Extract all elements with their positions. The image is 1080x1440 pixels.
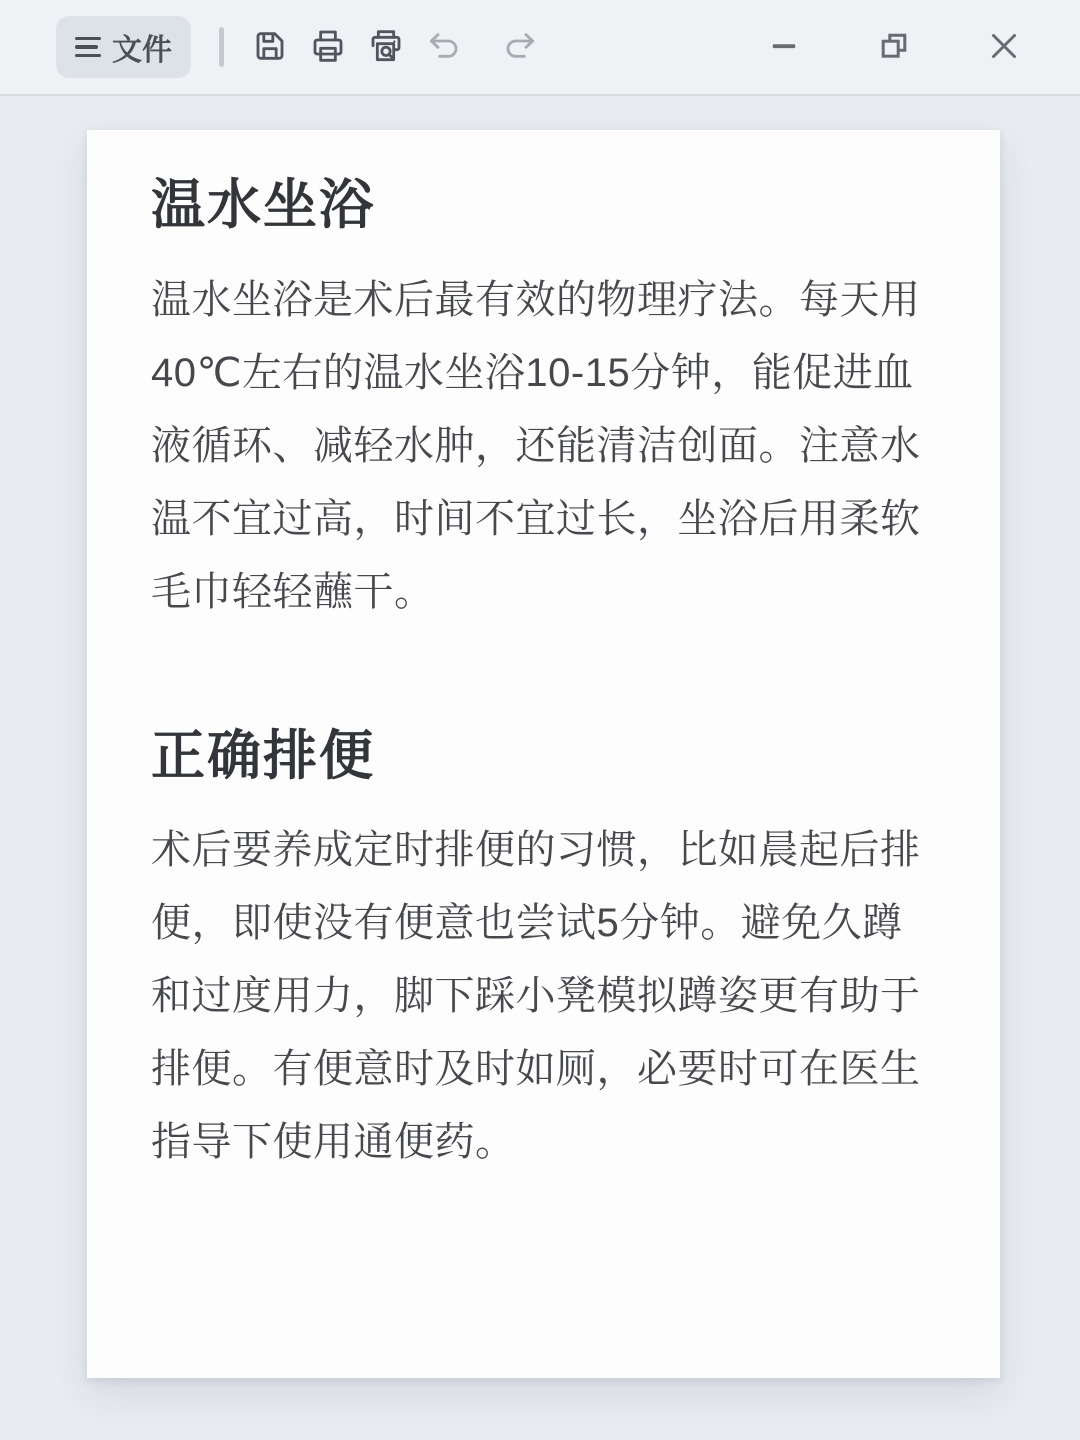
print-button[interactable] [306, 25, 350, 69]
restore-icon [876, 28, 912, 67]
print-preview-icon [366, 26, 406, 69]
save-button[interactable] [248, 25, 292, 69]
app-window: 文件 [0, 0, 1080, 1440]
section-bowel-habit: 正确排便 术后要养成定时排便的习惯，比如晨起后排 便，即使没有便意也尝试5分钟。… [151, 723, 934, 1180]
minimize-icon [766, 28, 802, 67]
window-controls [764, 27, 1024, 67]
close-button[interactable] [984, 27, 1024, 67]
printer-icon [308, 26, 348, 69]
undo-button[interactable] [422, 25, 466, 69]
section-heading[interactable]: 正确排便 [151, 723, 934, 791]
section-body[interactable]: 术后要养成定时排便的习惯，比如晨起后排 便，即使没有便意也尝试5分钟。避免久蹲 … [151, 814, 934, 1179]
document-canvas: 温水坐浴 温水坐浴是术后最有效的物理疗法。每天用 40℃左右的温水坐浴10-15… [0, 96, 1080, 1440]
toolbar: 文件 [0, 0, 1080, 96]
menu-icon [75, 37, 101, 58]
close-icon [986, 28, 1022, 67]
toolbar-divider [219, 27, 224, 67]
file-menu-button[interactable]: 文件 [56, 16, 191, 78]
restore-button[interactable] [874, 27, 914, 67]
minimize-button[interactable] [764, 27, 804, 67]
section-body[interactable]: 温水坐浴是术后最有效的物理疗法。每天用 40℃左右的温水坐浴10-15分钟，能促… [151, 264, 934, 629]
section-sitz-bath: 温水坐浴 温水坐浴是术后最有效的物理疗法。每天用 40℃左右的温水坐浴10-15… [151, 172, 934, 629]
section-heading[interactable]: 温水坐浴 [151, 172, 934, 240]
print-preview-button[interactable] [364, 25, 408, 69]
redo-icon [500, 26, 540, 69]
redo-button[interactable] [498, 25, 542, 69]
document-page[interactable]: 温水坐浴 温水坐浴是术后最有效的物理疗法。每天用 40℃左右的温水坐浴10-15… [87, 130, 1000, 1378]
save-icon [250, 26, 290, 69]
undo-icon [424, 26, 464, 69]
file-menu-label: 文件 [112, 25, 172, 69]
